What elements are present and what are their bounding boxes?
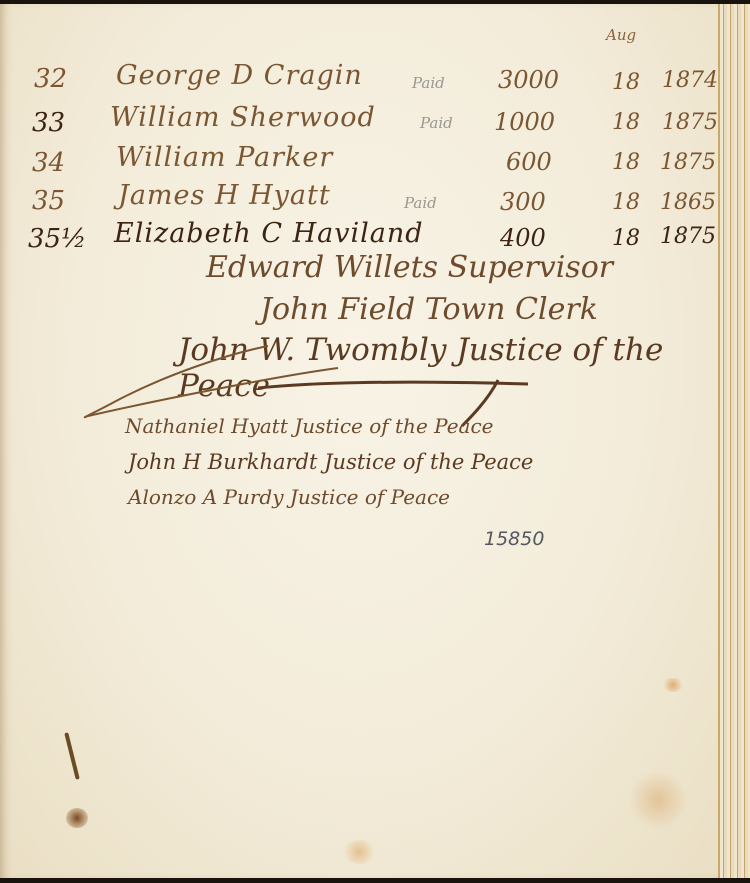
entry-name: William Parker	[116, 142, 333, 173]
signature-supervisor: Edward Willets Supervisor	[206, 250, 613, 285]
ink-blot	[66, 808, 88, 828]
page-stack-edge	[720, 4, 750, 878]
entry-amount: 1000	[494, 108, 555, 136]
signature-justice-burkhardt: John H Burkhardt Justice of the Peace	[128, 450, 533, 474]
entry-number: 33	[32, 108, 65, 138]
entry-amount: 3000	[498, 66, 559, 94]
entry-amount: 300	[500, 188, 546, 216]
entry-number: 32	[34, 64, 67, 94]
paid-note: Paid	[420, 114, 453, 132]
entry-name: William Sherwood	[110, 102, 376, 133]
paid-note: Paid	[404, 194, 437, 212]
foxing-stain	[628, 770, 688, 830]
month-header: Aug	[606, 26, 636, 44]
pencil-total: 15850	[484, 528, 544, 550]
entry-year: 1865	[660, 190, 716, 215]
entry-amount: 400	[500, 224, 546, 252]
signature-justice-hyatt: Nathaniel Hyatt Justice of the Peace	[125, 414, 494, 438]
entry-amount: 600	[506, 148, 552, 176]
entry-day: 18	[612, 150, 640, 175]
entry-day: 18	[612, 70, 640, 95]
signature-town-clerk: John Field Town Clerk	[260, 292, 598, 327]
entry-day: 18	[612, 226, 640, 251]
entry-name: George D Cragin	[116, 60, 363, 91]
entry-year: 1874	[662, 68, 718, 93]
entry-year: 1875	[662, 110, 718, 135]
entry-name: Elizabeth C Haviland	[114, 218, 424, 249]
entry-number: 35	[32, 186, 65, 216]
ledger-page	[0, 4, 720, 878]
entry-number: 35½	[28, 224, 86, 254]
paid-note: Paid	[412, 74, 445, 92]
entry-number: 34	[32, 148, 65, 178]
entry-day: 18	[612, 190, 640, 215]
signature-justice-purdy: Alonzo A Purdy Justice of Peace	[128, 485, 450, 509]
entry-year: 1875	[660, 150, 716, 175]
foxing-stain	[662, 678, 684, 692]
entry-name: James H Hyatt	[118, 180, 331, 211]
entry-day: 18	[612, 110, 640, 135]
foxing-stain	[342, 840, 376, 864]
entry-year: 1875	[660, 224, 716, 249]
